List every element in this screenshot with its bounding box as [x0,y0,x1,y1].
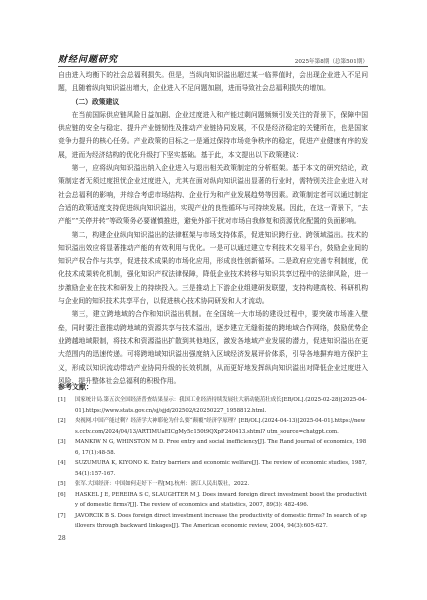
reference-number: [1] [58,395,75,416]
reference-item: [4] SUZUMURA K, KIYONO K. Entry barriers… [58,458,368,479]
reference-text: HASKEL J E, PEREIRA S C, SLAUGHTER M J. … [75,490,368,511]
paragraph-4: 第三，建立跨地域的合作和知识溢出机制。在全国统一大市场的建设过程中，要突破市场准… [58,308,368,388]
reference-item: [2] 央视网.中国产能过剩？经济学大神耶伦为什么要“颠覆”经济学原理？[EB/… [58,416,368,437]
reference-number: [6] [58,490,75,511]
issue-info: 2025年第8期（总第501期） [295,57,368,65]
references-list: [1] 国家统计局.第五次全国经济普查结果显示：我国工业经济持续发展壮大新动能茁… [58,395,368,532]
reference-number: [4] [58,458,75,479]
reference-number: [7] [58,511,75,532]
reference-item: [7] JAVORCIK B S. Does foreign direct in… [58,511,368,532]
reference-text: 国家统计局.第五次全国经济普查结果显示：我国工业经济持续发展壮大新动能茁壮成长[… [75,395,368,416]
references-heading: 参考文献： [58,382,93,392]
article-body: 自由进入均衡下的社会总福利损失。但是，当纵向知识溢出超过某一临界值时，会出现企业… [58,69,368,388]
paragraph-3: 第二，构建企业纵向知识溢出的法律框架与市场支持体系，促进知识跨行业、跨领域溢出。… [58,229,368,309]
reference-number: [3] [58,437,75,458]
page-number: 28 [58,535,66,542]
reference-number: [5] [58,479,75,490]
intro-paragraph: 自由进入均衡下的社会总福利损失。但是，当纵向知识溢出超过某一临界值时，会出现企业… [58,69,368,96]
paragraph-1: 在当前国际供应链风险日益加剧、企业过度进入和产能过剩问题频频引发关注的背景下，保… [58,109,368,162]
reference-text: 央视网.中国产能过剩？经济学大神耶伦为什么要“颠覆”经济学原理？[EB/OL].… [75,416,368,437]
reference-text: MANKIW N G, WHINSTON M D. Free entry and… [75,437,368,458]
reference-item: [6] HASKEL J E, PEREIRA S C, SLAUGHTER M… [58,490,368,511]
reference-text: 张军.大国经济：中国如何走好下一程[M].杭州：浙江人民出版社，2022. [75,479,368,490]
section-heading: （二）政策建议 [58,96,368,109]
reference-text: SUZUMURA K, KIYONO K. Entry barriers and… [75,458,368,479]
paragraph-2: 第一，应将纵向知识溢出纳入企业进入与退出相关政策制定的分析框架。基于本文的研究结… [58,162,368,228]
reference-item: [5] 张军.大国经济：中国如何走好下一程[M].杭州：浙江人民出版社，2022… [58,479,368,490]
reference-number: [2] [58,416,75,437]
reference-text: JAVORCIK B S. Does foreign direct invest… [75,511,368,532]
reference-item: [3] MANKIW N G, WHINSTON M D. Free entry… [58,437,368,458]
running-header: 财经问题研究 2025年第8期（总第501期） [58,55,368,67]
reference-item: [1] 国家统计局.第五次全国经济普查结果显示：我国工业经济持续发展壮大新动能茁… [58,395,368,416]
journal-title: 财经问题研究 [58,52,118,65]
